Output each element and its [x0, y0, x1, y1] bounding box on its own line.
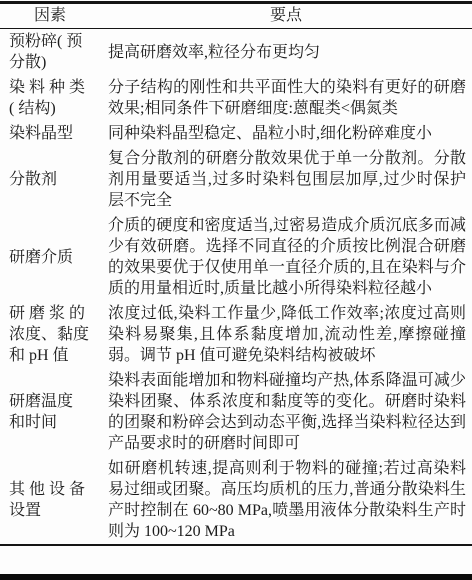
- header-row: 因素 要点: [0, 4, 472, 29]
- header-factor: 因素: [0, 4, 100, 29]
- factor-cell: 预粉碎( 预分散): [0, 29, 100, 76]
- table-row: 染 料 种 类( 结构)分子结构的刚性和共平面性大的染料有更好的研磨效果;相同条…: [0, 75, 472, 121]
- factor-cell: 研 磨 浆 的浓度、黏度和 pH 值: [0, 301, 100, 368]
- points-cell: 同种染料晶型稳定、晶粒小时,细化粉碎难度小: [100, 121, 472, 146]
- table-body: 预粉碎( 预分散)提高研磨效率,粒径分布更均匀染 料 种 类( 结构)分子结构的…: [0, 29, 472, 545]
- factors-table: 因素 要点 预粉碎( 预分散)提高研磨效率,粒径分布更均匀染 料 种 类( 结构…: [0, 4, 472, 544]
- points-cell: 复合分散剂的研磨分散效果优于单一分散剂。分散剂用量要适当,过多时染料包围层加厚,…: [100, 146, 472, 213]
- factor-line: 设置: [9, 500, 100, 521]
- factor-line: 和 pH 值: [9, 345, 100, 366]
- factor-cell: 分散剂: [0, 146, 100, 213]
- scanned-table-page: 因素 要点 预粉碎( 预分散)提高研磨效率,粒径分布更均匀染 料 种 类( 结构…: [0, 0, 472, 580]
- table-row: 预粉碎( 预分散)提高研磨效率,粒径分布更均匀: [0, 29, 472, 76]
- table-row: 研磨介质介质的硬度和密度适当,过密易造成介质沉底多而减少有效研磨。选择不同直径的…: [0, 213, 472, 301]
- factor-line: ( 结构): [9, 98, 100, 119]
- header-points: 要点: [100, 4, 472, 29]
- factor-line: 染料晶型: [9, 123, 100, 144]
- factor-line: 预粉碎( 预: [9, 31, 100, 52]
- factor-cell: 染 料 种 类( 结构): [0, 75, 100, 121]
- factor-cell: 研磨温度和时间: [0, 368, 100, 456]
- points-cell: 提高研磨效率,粒径分布更均匀: [100, 29, 472, 76]
- table-row: 分散剂复合分散剂的研磨分散效果优于单一分散剂。分散剂用量要适当,过多时染料包围层…: [0, 146, 472, 213]
- factor-line: 和时间: [9, 412, 100, 433]
- factor-line: 研 磨 浆 的: [9, 303, 100, 324]
- factor-cell: 其 他 设 备设置: [0, 456, 100, 544]
- factor-line: 染 料 种 类: [9, 77, 100, 98]
- factor-line: 分散): [9, 52, 100, 73]
- factor-line: 分散剂: [9, 169, 100, 190]
- table-row: 研磨温度和时间染料表面能增加和物料碰撞均产热,体系降温可减少染料团聚、体系浓度和…: [0, 368, 472, 456]
- factor-line: 研磨介质: [9, 247, 100, 268]
- factor-line: 浓度、黏度: [9, 324, 100, 345]
- factor-line: 其 他 设 备: [9, 479, 100, 500]
- factor-cell: 研磨介质: [0, 213, 100, 301]
- page-bottom-bar: [0, 574, 472, 580]
- points-cell: 染料表面能增加和物料碰撞均产热,体系降温可减少染料团聚、体系浓度和黏度等的变化。…: [100, 368, 472, 456]
- table-bottom-rule: [0, 544, 472, 546]
- points-cell: 介质的硬度和密度适当,过密易造成介质沉底多而减少有效研磨。选择不同直径的介质按比…: [100, 213, 472, 301]
- table-row: 研 磨 浆 的浓度、黏度和 pH 值浓度过低,染料工作量少,降低工作效率;浓度过…: [0, 301, 472, 368]
- points-cell: 浓度过低,染料工作量少,降低工作效率;浓度过高则染料易聚集,且体系黏度增加,流动…: [100, 301, 472, 368]
- factor-cell: 染料晶型: [0, 121, 100, 146]
- points-cell: 分子结构的刚性和共平面性大的染料有更好的研磨效果;相同条件下研磨细度:蒽醌类<偶…: [100, 75, 472, 121]
- factor-line: 研磨温度: [9, 391, 100, 412]
- points-cell: 如研磨机转速,提高则利于物料的碰撞;若过高染料易过细或团聚。高压均质机的压力,普…: [100, 456, 472, 544]
- table-row: 其 他 设 备设置如研磨机转速,提高则利于物料的碰撞;若过高染料易过细或团聚。高…: [0, 456, 472, 544]
- table-row: 染料晶型同种染料晶型稳定、晶粒小时,细化粉碎难度小: [0, 121, 472, 146]
